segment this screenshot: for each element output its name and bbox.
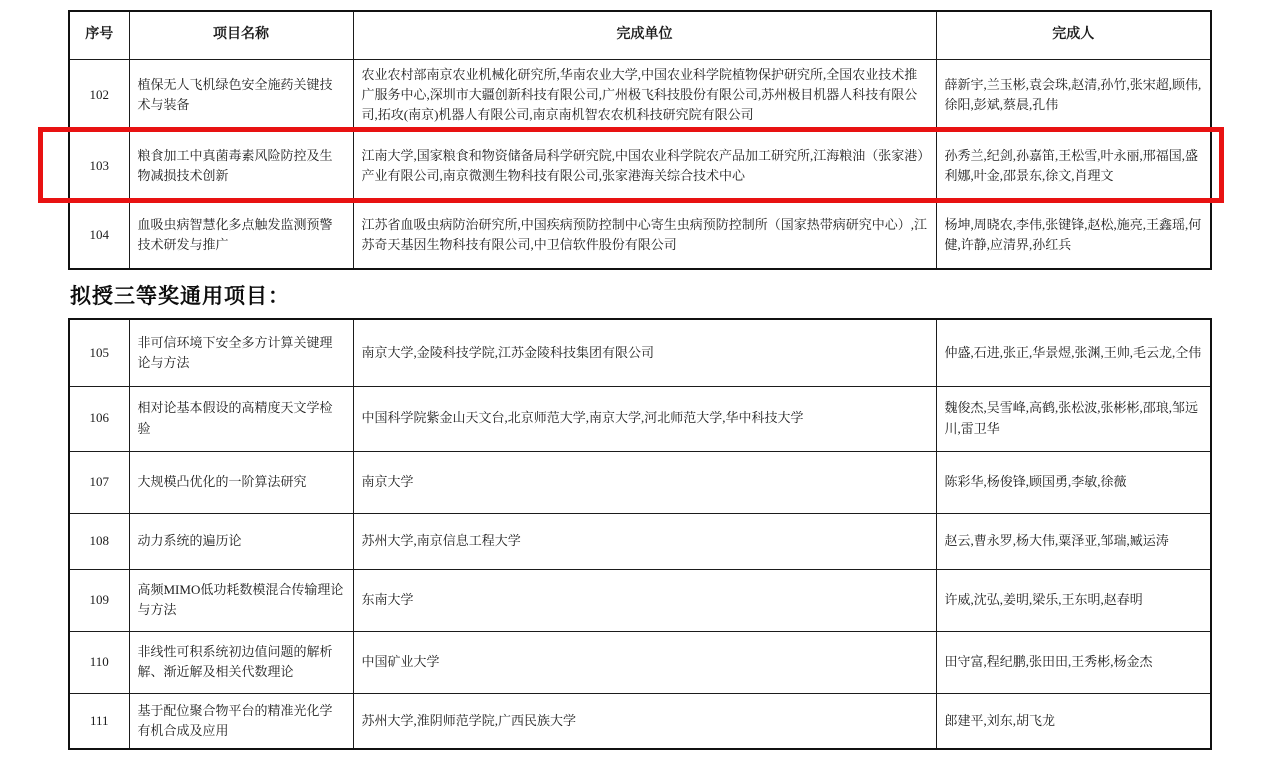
units-cell: 南京大学 [353, 451, 936, 513]
table-row-105: 105 非可信环境下安全多方计算关键理论与方法 南京大学,金陵科技学院,江苏金陵… [69, 319, 1211, 386]
row-no-cell: 107 [69, 451, 129, 513]
table-row-104: 104 血吸虫病智慧化多点触发监测预警技术研发与推广 江苏省血吸虫病防治研究所,… [69, 201, 1211, 269]
units-cell: 南京大学,金陵科技学院,江苏金陵科技集团有限公司 [353, 319, 936, 386]
col-header-people: 完成人 [936, 11, 1211, 59]
people-cell: 魏俊杰,吴雪峰,高鹤,张松波,张彬彬,邵琅,邹远川,雷卫华 [936, 386, 1211, 451]
units-cell: 农业农村部南京农业机械化研究所,华南农业大学,中国农业科学院植物保护研究所,全国… [353, 59, 936, 131]
table-row-102: 102 植保无人飞机绿色安全施药关键技术与装备 农业农村部南京农业机械化研究所,… [69, 59, 1211, 131]
project-cell: 高频MIMO低功耗数模混合传输理论与方法 [129, 569, 353, 631]
people-cell: 孙秀兰,纪剑,孙嘉笛,王松雪,叶永丽,邢福国,盛利娜,叶金,邵景东,徐文,肖理文 [936, 131, 1211, 201]
project-cell: 大规模凸优化的一阶算法研究 [129, 451, 353, 513]
table-row-108: 108 动力系统的遍历论 苏州大学,南京信息工程大学 赵云,曹永罗,杨大伟,粟泽… [69, 513, 1211, 569]
row-no-cell: 109 [69, 569, 129, 631]
project-cell: 基于配位聚合物平台的精准光化学有机合成及应用 [129, 693, 353, 749]
table-row-107: 107 大规模凸优化的一阶算法研究 南京大学 陈彩华,杨俊锋,顾国勇,李敏,徐薇 [69, 451, 1211, 513]
people-cell: 杨坤,周晓农,李伟,张键锋,赵松,施亮,王鑫瑶,何健,许静,应清界,孙红兵 [936, 201, 1211, 269]
project-cell: 相对论基本假设的高精度天文学检验 [129, 386, 353, 451]
table-row-109: 109 高频MIMO低功耗数模混合传输理论与方法 东南大学 许威,沈弘,姜明,梁… [69, 569, 1211, 631]
row-no-cell: 106 [69, 386, 129, 451]
col-header-no: 序号 [69, 11, 129, 59]
project-cell: 粮食加工中真菌毒素风险防控及生物减损技术创新 [129, 131, 353, 201]
table-row-106: 106 相对论基本假设的高精度天文学检验 中国科学院紫金山天文台,北京师范大学,… [69, 386, 1211, 451]
row-no-cell: 105 [69, 319, 129, 386]
people-cell: 郎建平,刘东,胡飞龙 [936, 693, 1211, 749]
table-row-110: 110 非线性可积系统初边值问题的解析解、渐近解及相关代数理论 中国矿业大学 田… [69, 631, 1211, 693]
table-row-103-highlighted: 103 粮食加工中真菌毒素风险防控及生物减损技术创新 江南大学,国家粮食和物资储… [69, 131, 1211, 201]
col-header-project: 项目名称 [129, 11, 353, 59]
table-row-111: 111 基于配位聚合物平台的精准光化学有机合成及应用 苏州大学,淮阴师范学院,广… [69, 693, 1211, 749]
people-cell: 田守富,程纪鹏,张田田,王秀彬,杨金杰 [936, 631, 1211, 693]
units-cell: 江南大学,国家粮食和物资储备局科学研究院,中国农业科学院农产品加工研究所,江海粮… [353, 131, 936, 201]
units-cell: 苏州大学,淮阴师范学院,广西民族大学 [353, 693, 936, 749]
section-heading: 拟授三等奖通用项目： [70, 280, 290, 310]
units-cell: 东南大学 [353, 569, 936, 631]
row-no-cell: 111 [69, 693, 129, 749]
people-cell: 陈彩华,杨俊锋,顾国勇,李敏,徐薇 [936, 451, 1211, 513]
units-cell: 中国矿业大学 [353, 631, 936, 693]
people-cell: 仲盛,石进,张正,华景煜,张渊,王帅,毛云龙,仝伟 [936, 319, 1211, 386]
units-cell: 江苏省血吸虫病防治研究所,中国疾病预防控制中心寄生虫病预防控制所（国家热带病研究… [353, 201, 936, 269]
row-no-cell: 110 [69, 631, 129, 693]
units-cell: 中国科学院紫金山天文台,北京师范大学,南京大学,河北师范大学,华中科技大学 [353, 386, 936, 451]
project-cell: 血吸虫病智慧化多点触发监测预警技术研发与推广 [129, 201, 353, 269]
table-header-row: 序号 项目名称 完成单位 完成人 [69, 11, 1211, 59]
project-cell: 非线性可积系统初边值问题的解析解、渐近解及相关代数理论 [129, 631, 353, 693]
units-cell: 苏州大学,南京信息工程大学 [353, 513, 936, 569]
award-table-bottom: 105 非可信环境下安全多方计算关键理论与方法 南京大学,金陵科技学院,江苏金陵… [68, 318, 1212, 750]
row-no-cell: 104 [69, 201, 129, 269]
award-table-top: 序号 项目名称 完成单位 完成人 102 植保无人飞机绿色安全施药关键技术与装备… [68, 10, 1212, 270]
row-no-cell: 102 [69, 59, 129, 131]
people-cell: 薛新宇,兰玉彬,袁会珠,赵清,孙竹,张宋超,顾伟,徐阳,彭斌,蔡晨,孔伟 [936, 59, 1211, 131]
row-no-cell: 103 [69, 131, 129, 201]
col-header-units: 完成单位 [353, 11, 936, 59]
project-cell: 非可信环境下安全多方计算关键理论与方法 [129, 319, 353, 386]
row-no-cell: 108 [69, 513, 129, 569]
award-document-page: 序号 项目名称 完成单位 完成人 102 植保无人飞机绿色安全施药关键技术与装备… [0, 0, 1280, 757]
project-cell: 动力系统的遍历论 [129, 513, 353, 569]
people-cell: 许威,沈弘,姜明,梁乐,王东明,赵春明 [936, 569, 1211, 631]
people-cell: 赵云,曹永罗,杨大伟,粟泽亚,邹瑞,臧运涛 [936, 513, 1211, 569]
project-cell: 植保无人飞机绿色安全施药关键技术与装备 [129, 59, 353, 131]
